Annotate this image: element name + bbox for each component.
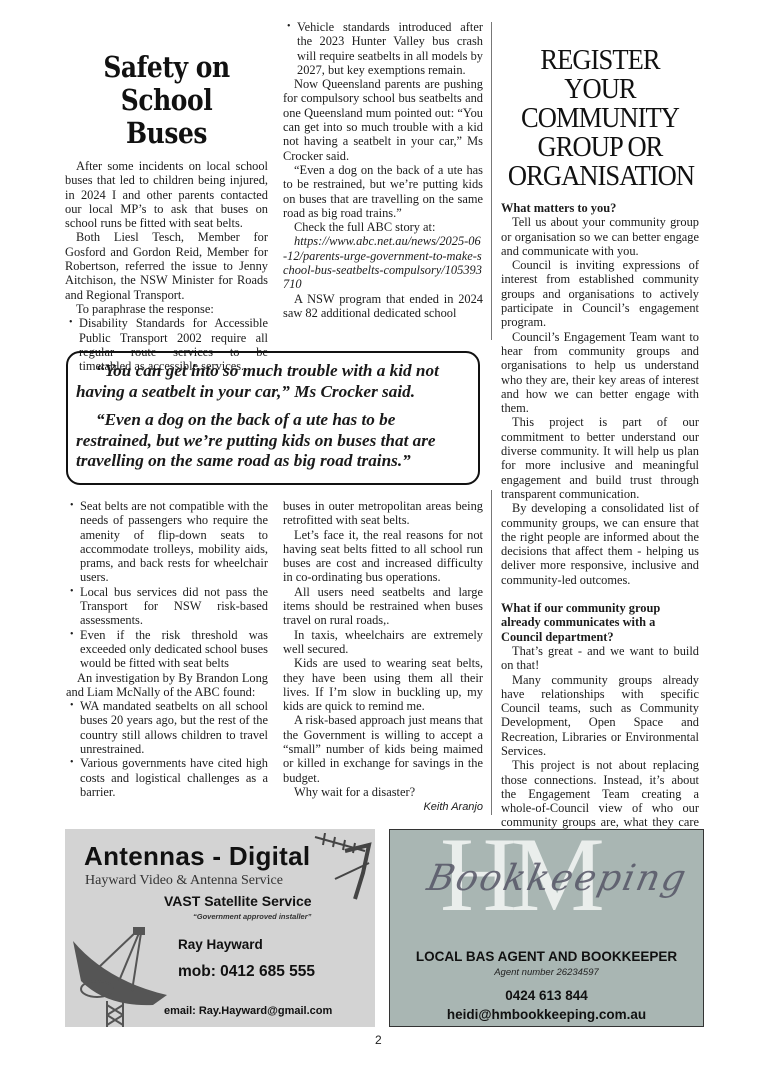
paragraph: Council’s Engagement Team want to hear f… (501, 330, 699, 416)
bullet-text: Seat belts are not compatible with the n… (80, 499, 268, 585)
page-number: 2 (375, 1033, 382, 1047)
bookkeeping-ad: HM Bookkeeping LOCAL BAS AGENT AND BOOKK… (389, 829, 704, 1027)
article-column-4: buses in outer metropolitan areas being … (283, 499, 483, 815)
abc-story-link[interactable]: https://www.abc.net.au/news/2025-06-12/p… (283, 234, 483, 291)
bullet-icon: • (70, 585, 80, 628)
paragraph: An investigation by By Brandon Long and … (66, 671, 268, 700)
paragraph: Let’s face it, the real reasons for not … (283, 528, 483, 585)
contact-mobile[interactable]: mob: 0412 685 555 (178, 963, 315, 981)
author-signature: Keith Aranjo (283, 800, 483, 814)
paragraph: After some incidents on local school bus… (65, 159, 268, 230)
pull-quote-2: “Even a dog on the back of a ute has to … (76, 410, 468, 472)
agent-number: Agent number 26234597 (390, 967, 703, 978)
paragraph: That’s great - and we want to build on t… (501, 644, 699, 673)
bookkeeping-email[interactable]: heidi@hmbookkeeping.com.au (390, 1007, 703, 1022)
bullet-text: Vehicle standards introduced after the 2… (297, 20, 483, 77)
contact-name: Ray Hayward (178, 937, 263, 952)
paragraph: All users need seatbelts and large items… (283, 585, 483, 628)
bullet-text: Even if the risk threshold was exceeded … (80, 628, 268, 671)
paragraph: Both Liesl Tesch, Member for Gosford and… (65, 230, 268, 301)
bullet-icon: • (70, 499, 80, 585)
register-title-line: GROUP OR (508, 133, 692, 162)
paragraph: Many community groups already have relat… (501, 673, 699, 759)
bullet-item: • Even if the risk threshold was exceede… (66, 628, 268, 671)
antennas-ad-title: Antennas - Digital (84, 841, 310, 872)
bullet-item: • Seat belts are not compatible with the… (66, 499, 268, 585)
vast-service: VAST Satellite Service (164, 893, 312, 909)
phone-number[interactable]: 0424 613 844 (390, 988, 703, 1003)
paragraph: A risk-based approach just means that th… (283, 713, 483, 784)
bullet-item: • Various governments have cited high co… (66, 756, 268, 799)
bullet-item: • Local bus services did not pass the Tr… (66, 585, 268, 628)
register-title-line: REGISTER YOUR (508, 46, 692, 104)
bullet-item: • Vehicle standards introduced after the… (283, 20, 483, 77)
antennas-ad-subtitle: Hayward Video & Antenna Service (85, 873, 283, 889)
paragraph: In taxis, wheelchairs are extremely well… (283, 628, 483, 657)
column-divider (491, 22, 492, 340)
article-headline: Safety on School Buses (79, 51, 254, 150)
pull-quote-box: “You can get into so much trouble with a… (66, 351, 480, 485)
paragraph: buses in outer metropolitan areas being … (283, 499, 483, 528)
column-divider (491, 490, 492, 815)
contact-email[interactable]: email: Ray.Hayward@gmail.com (164, 1005, 332, 1017)
bullet-icon: • (70, 756, 80, 799)
article-column-1: Safety on School Buses After some incide… (65, 46, 268, 373)
paragraph: A NSW program that ended in 2024 saw 82 … (283, 292, 483, 321)
bullet-icon: • (70, 699, 80, 756)
paragraph: Check the full ABC story at: (283, 220, 483, 234)
subheading: What if our community group already comm… (501, 601, 699, 644)
register-title-line: ORGANISATION (508, 162, 692, 191)
bullet-icon: • (287, 20, 297, 77)
paragraph: Tell us about your community group or or… (501, 215, 699, 258)
register-title: REGISTER YOUR COMMUNITY GROUP OR ORGANIS… (508, 46, 692, 191)
bullet-text: Local bus services did not pass the Tran… (80, 585, 268, 628)
tv-antenna-icon (305, 833, 375, 903)
register-column: REGISTER YOUR COMMUNITY GROUP OR ORGANIS… (501, 40, 699, 844)
bas-agent-tagline: LOCAL BAS AGENT AND BOOKKEEPER (390, 949, 703, 964)
article-column-3: • Seat belts are not compatible with the… (66, 499, 268, 799)
bullet-text: WA mandated seatbelts on all school buse… (80, 699, 268, 756)
bullet-item: • WA mandated seatbelts on all school bu… (66, 699, 268, 756)
antennas-ad: Antennas - Digital Hayward Video & Anten… (65, 829, 375, 1027)
headline-line-1: Safety on (79, 51, 254, 84)
pull-quote-1: “You can get into so much trouble with a… (76, 361, 468, 402)
bullet-text: Various governments have cited high cost… (80, 756, 268, 799)
paragraph: Now Queensland parents are pushing for c… (283, 77, 483, 163)
bookkeeping-script: Bookkeeping (424, 858, 692, 899)
paragraph: To paraphrase the response: (65, 302, 268, 316)
paragraph: This project is part of our commitment t… (501, 415, 699, 501)
paragraph: Council is inviting expressions of inter… (501, 258, 699, 329)
register-title-line: COMMUNITY (508, 104, 692, 133)
bullet-icon: • (70, 628, 80, 671)
paragraph: By developing a consolidated list of com… (501, 501, 699, 587)
approved-installer: “Government approved installer” (193, 912, 311, 921)
headline-line-2: School Buses (79, 84, 254, 150)
article-column-2: • Vehicle standards introduced after the… (283, 20, 483, 320)
paragraph: Why wait for a disaster? (283, 785, 483, 799)
paragraph: “Even a dog on the back of a ute has to … (283, 163, 483, 220)
paragraph: Kids are used to wearing seat belts, the… (283, 656, 483, 713)
subheading: What matters to you? (501, 201, 699, 215)
